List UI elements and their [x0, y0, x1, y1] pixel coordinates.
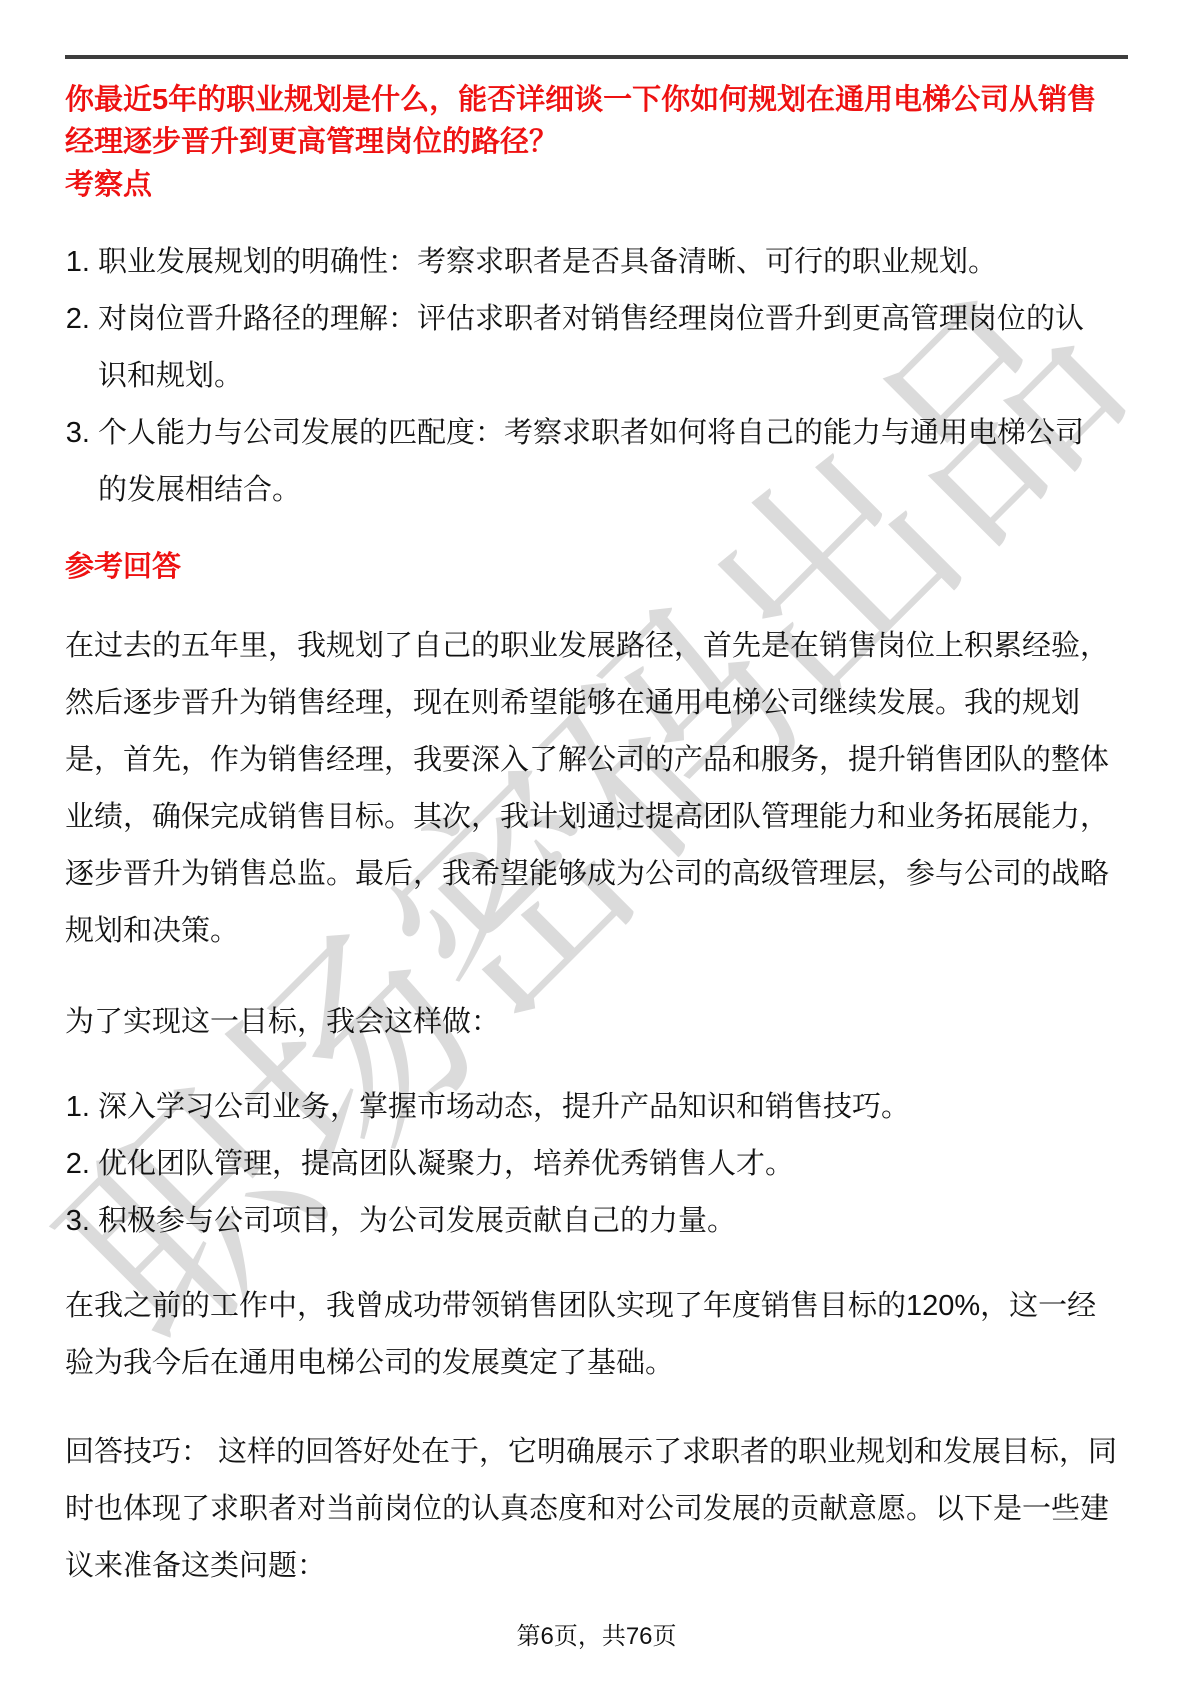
list-item-line: 积极参与公司项目，为公司发展贡献自己的力量。: [98, 1193, 1128, 1250]
paragraph-line: 然后逐步晋升为销售经理，现在则希望能够在通用电梯公司继续发展。我的规划: [65, 675, 1128, 732]
paragraph-line: 回答技巧： 这样的回答好处在于，它明确展示了求职者的职业规划和发展目标，同: [65, 1424, 1128, 1481]
top-divider: [65, 55, 1128, 59]
list-item-line: 对岗位晋升路径的理解：评估求职者对销售经理岗位晋升到更高管理岗位的认: [98, 291, 1128, 348]
page-footer: 第6页，共76页: [65, 1622, 1128, 1652]
action-items-list: 深入学习公司业务，掌握市场动态，提升产品知识和销售技巧。 优化团队管理，提高团队…: [65, 1079, 1128, 1250]
list-item: 职业发展规划的明确性：考察求职者是否具备清晰、可行的职业规划。: [98, 234, 1128, 291]
paragraph-line: 在我之前的工作中，我曾成功带领销售团队实现了年度销售目标的120%，这一经: [65, 1278, 1128, 1335]
list-item: 积极参与公司项目，为公司发展贡献自己的力量。: [98, 1193, 1128, 1250]
list-item-line: 优化团队管理，提高团队凝聚力，培养优秀销售人才。: [98, 1136, 1128, 1193]
paragraph-line: 逐步晋升为销售总监。最后，我希望能够成为公司的高级管理层，参与公司的战略: [65, 846, 1128, 903]
paragraph-line: 在过去的五年里，我规划了自己的职业发展路径，首先是在销售岗位上积累经验，: [65, 618, 1128, 675]
question-title-line: 经理逐步晋升到更高管理岗位的路径？: [65, 121, 1128, 163]
paragraph-line: 是，首先，作为销售经理，我要深入了解公司的产品和服务，提升销售团队的整体: [65, 732, 1128, 789]
paragraph-line: 为了实现这一目标，我会这样做：: [65, 994, 1128, 1051]
list-item-line: 的发展相结合。: [98, 462, 1128, 519]
paragraph-line: 规划和决策。: [65, 903, 1128, 960]
list-item: 个人能力与公司发展的匹配度：考察求职者如何将自己的能力与通用电梯公司 的发展相结…: [98, 405, 1128, 519]
list-item-line: 深入学习公司业务，掌握市场动态，提升产品知识和销售技巧。: [98, 1079, 1128, 1136]
list-item: 对岗位晋升路径的理解：评估求职者对销售经理岗位晋升到更高管理岗位的认 识和规划。: [98, 291, 1128, 405]
reference-answer-heading: 参考回答: [65, 549, 1128, 585]
answer-paragraph-career-path: 在过去的五年里，我规划了自己的职业发展路径，首先是在销售岗位上积累经验， 然后逐…: [65, 618, 1128, 960]
list-item-line: 识和规划。: [98, 348, 1128, 405]
page-content: 你最近5年的职业规划是什么，能否详细谈一下你如何规划在通用电梯公司从销售 经理逐…: [0, 0, 1190, 1652]
list-item: 优化团队管理，提高团队凝聚力，培养优秀销售人才。: [98, 1136, 1128, 1193]
paragraph-line: 业绩，确保完成销售目标。其次，我计划通过提高团队管理能力和业务拓展能力，: [65, 789, 1128, 846]
answer-paragraph-experience: 在我之前的工作中，我曾成功带领销售团队实现了年度销售目标的120%，这一经 验为…: [65, 1278, 1128, 1392]
answer-paragraph-goal-intro: 为了实现这一目标，我会这样做：: [65, 994, 1128, 1051]
paragraph-line: 时也体现了求职者对当前岗位的认真态度和对公司发展的贡献意愿。以下是一些建: [65, 1481, 1128, 1538]
paragraph-line: 验为我今后在通用电梯公司的发展奠定了基础。: [65, 1335, 1128, 1392]
document-page: 职场密码出品 你最近5年的职业规划是什么，能否详细谈一下你如何规划在通用电梯公司…: [0, 0, 1190, 1684]
list-item-line: 职业发展规划的明确性：考察求职者是否具备清晰、可行的职业规划。: [98, 234, 1128, 291]
question-title-line: 你最近5年的职业规划是什么，能否详细谈一下你如何规划在通用电梯公司从销售: [65, 79, 1128, 121]
exam-points-list: 职业发展规划的明确性：考察求职者是否具备清晰、可行的职业规划。 对岗位晋升路径的…: [65, 234, 1128, 519]
exam-points-heading: 考察点: [65, 167, 1128, 203]
paragraph-line: 议来准备这类问题：: [65, 1538, 1128, 1595]
list-item: 深入学习公司业务，掌握市场动态，提升产品知识和销售技巧。: [98, 1079, 1128, 1136]
answer-tips-paragraph: 回答技巧： 这样的回答好处在于，它明确展示了求职者的职业规划和发展目标，同 时也…: [65, 1424, 1128, 1595]
question-title: 你最近5年的职业规划是什么，能否详细谈一下你如何规划在通用电梯公司从销售 经理逐…: [65, 79, 1128, 163]
list-item-line: 个人能力与公司发展的匹配度：考察求职者如何将自己的能力与通用电梯公司: [98, 405, 1128, 462]
